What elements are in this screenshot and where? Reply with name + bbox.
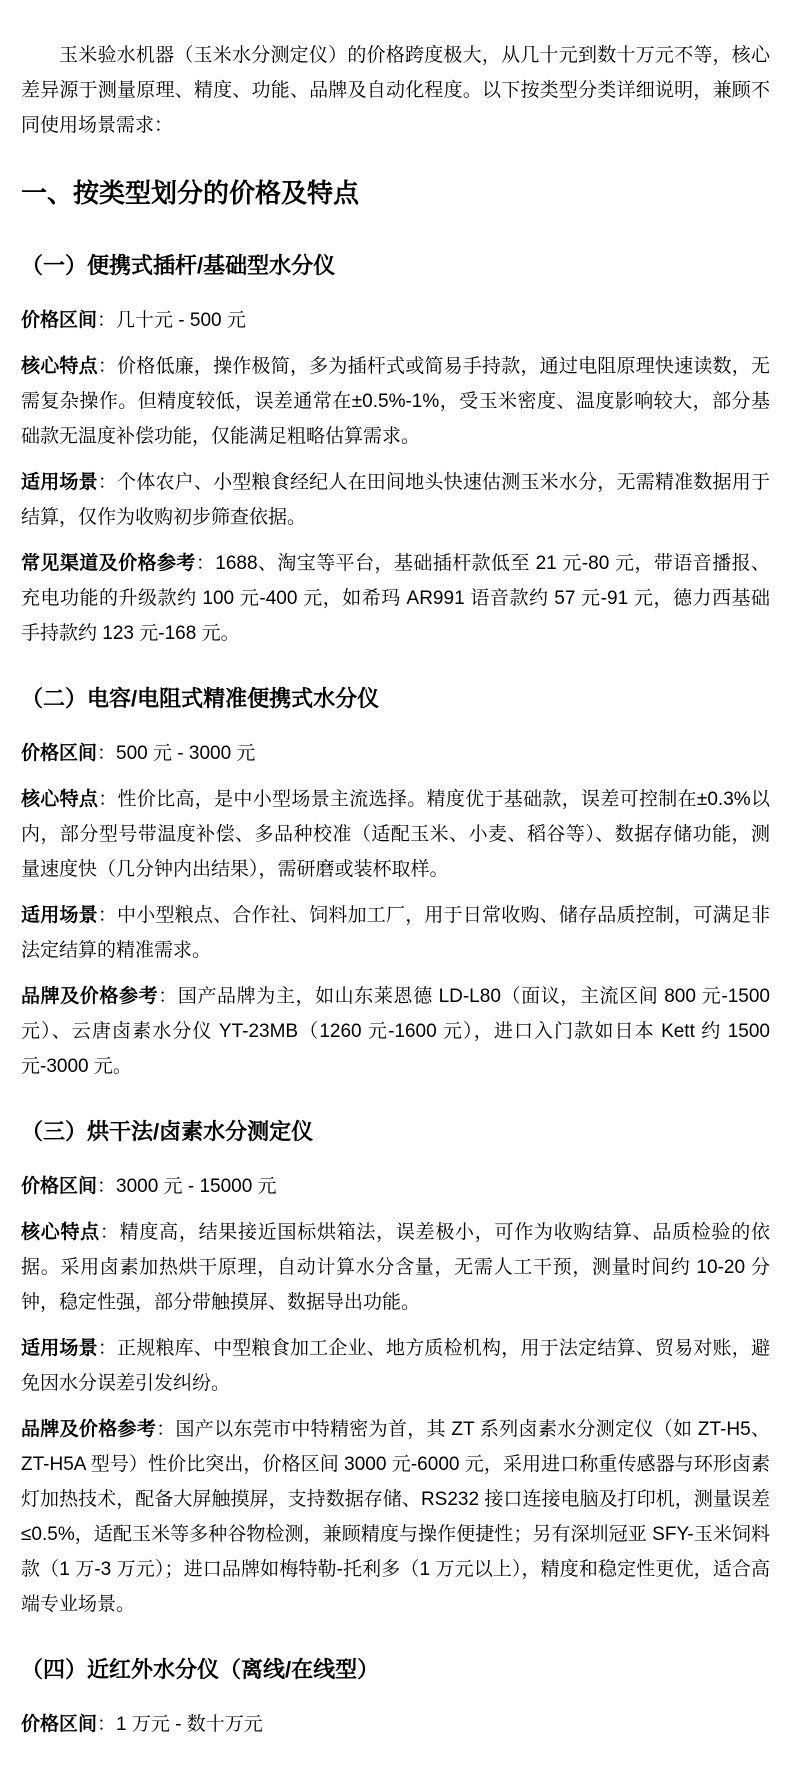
para-label: 品牌及价格参考 bbox=[21, 1419, 156, 1440]
section-3-price-range-paragraph: 价格区间：3000 元 - 15000 元 bbox=[21, 1169, 770, 1204]
section-3-heading: （三）烘干法/卤素水分测定仪 bbox=[21, 1117, 770, 1147]
section-2-use-cases-paragraph: 适用场景：中小型粮点、合作社、饲料加工厂，用于日常收购、储存品质控制，可满足非法… bbox=[21, 898, 770, 968]
section-2-price-range-paragraph: 价格区间：500 元 - 3000 元 bbox=[21, 736, 770, 771]
section-1-channels-price-reference-paragraph: 常见渠道及价格参考：1688、淘宝等平台，基础插杆款低至 21 元-80 元，带… bbox=[21, 546, 770, 651]
para-label: 价格区间 bbox=[21, 743, 97, 764]
para-text: ：精度高，结果接近国标烘箱法，误差极小，可作为收购结算、品质检验的依据。采用卤素… bbox=[21, 1222, 770, 1313]
para-text: ：性价比高，是中小型场景主流选择。精度优于基础款，误差可控制在±0.3%以内，部… bbox=[21, 789, 770, 880]
para-text: ：正规粮库、中型粮食加工企业、地方质检机构，用于法定结算、贸易对账，避免因水分误… bbox=[21, 1338, 770, 1394]
para-text: ：国产以东莞市中特精密为首，其 ZT 系列卤素水分测定仪（如 ZT-H5、ZT-… bbox=[21, 1419, 770, 1615]
para-text: ：价格低廉，操作极简，多为插杆式或简易手持款，通过电阻原理快速读数，无需复杂操作… bbox=[21, 356, 770, 447]
document-body: 玉米验水机器（玉米水分测定仪）的价格跨度极大，从几十元到数十万元不等，核心差异源… bbox=[0, 0, 791, 1765]
para-text: ：中小型粮点、合作社、饲料加工厂，用于日常收购、储存品质控制，可满足非法定结算的… bbox=[21, 905, 770, 961]
para-label: 价格区间 bbox=[21, 1176, 97, 1197]
para-label: 价格区间 bbox=[21, 310, 97, 331]
section-3-use-cases-paragraph: 适用场景：正规粮库、中型粮食加工企业、地方质检机构，用于法定结算、贸易对账，避免… bbox=[21, 1331, 770, 1401]
para-text: ：1 万元 - 数十万元 bbox=[97, 1714, 263, 1735]
section-3-key-features-paragraph: 核心特点：精度高，结果接近国标烘箱法，误差极小，可作为收购结算、品质检验的依据。… bbox=[21, 1215, 770, 1320]
para-label: 适用场景 bbox=[21, 1338, 98, 1359]
section-1-use-cases-paragraph: 适用场景：个体农户、小型粮食经纪人在田间地头快速估测玉米水分，无需精准数据用于结… bbox=[21, 465, 770, 535]
para-label: 适用场景 bbox=[21, 905, 98, 926]
para-label: 核心特点 bbox=[21, 1222, 100, 1243]
section-4-heading: （四）近红外水分仪（离线/在线型） bbox=[21, 1655, 770, 1685]
section-2-heading: （二）电容/电阻式精准便携式水分仪 bbox=[21, 684, 770, 714]
para-text: ：几十元 - 500 元 bbox=[97, 310, 246, 331]
section-4-price-range-paragraph: 价格区间：1 万元 - 数十万元 bbox=[21, 1707, 770, 1742]
section-1-key-features-paragraph: 核心特点：价格低廉，操作极简，多为插杆式或简易手持款，通过电阻原理快速读数，无需… bbox=[21, 349, 770, 454]
para-label: 核心特点 bbox=[21, 356, 98, 377]
main-heading: 一、按类型划分的价格及特点 bbox=[21, 176, 770, 210]
para-label: 适用场景 bbox=[21, 472, 98, 493]
section-3-brands-price-reference-paragraph: 品牌及价格参考：国产以东莞市中特精密为首，其 ZT 系列卤素水分测定仪（如 ZT… bbox=[21, 1412, 770, 1622]
section-2-key-features-paragraph: 核心特点：性价比高，是中小型场景主流选择。精度优于基础款，误差可控制在±0.3%… bbox=[21, 782, 770, 887]
para-label: 常见渠道及价格参考 bbox=[21, 553, 196, 574]
para-label: 核心特点 bbox=[21, 789, 98, 810]
section-1-heading: （一）便携式插杆/基础型水分仪 bbox=[21, 251, 770, 281]
intro-paragraph: 玉米验水机器（玉米水分测定仪）的价格跨度极大，从几十元到数十万元不等，核心差异源… bbox=[21, 38, 770, 143]
para-label: 品牌及价格参考 bbox=[21, 986, 158, 1007]
para-text: ：个体农户、小型粮食经纪人在田间地头快速估测玉米水分，无需精准数据用于结算，仅作… bbox=[21, 472, 770, 528]
para-label: 价格区间 bbox=[21, 1714, 97, 1735]
para-text: ：500 元 - 3000 元 bbox=[97, 743, 255, 764]
para-text: ：3000 元 - 15000 元 bbox=[97, 1176, 277, 1197]
section-1-price-range-paragraph: 价格区间：几十元 - 500 元 bbox=[21, 303, 770, 338]
section-2-brands-price-reference-paragraph: 品牌及价格参考：国产品牌为主，如山东莱恩德 LD-L80（面议，主流区间 800… bbox=[21, 979, 770, 1084]
